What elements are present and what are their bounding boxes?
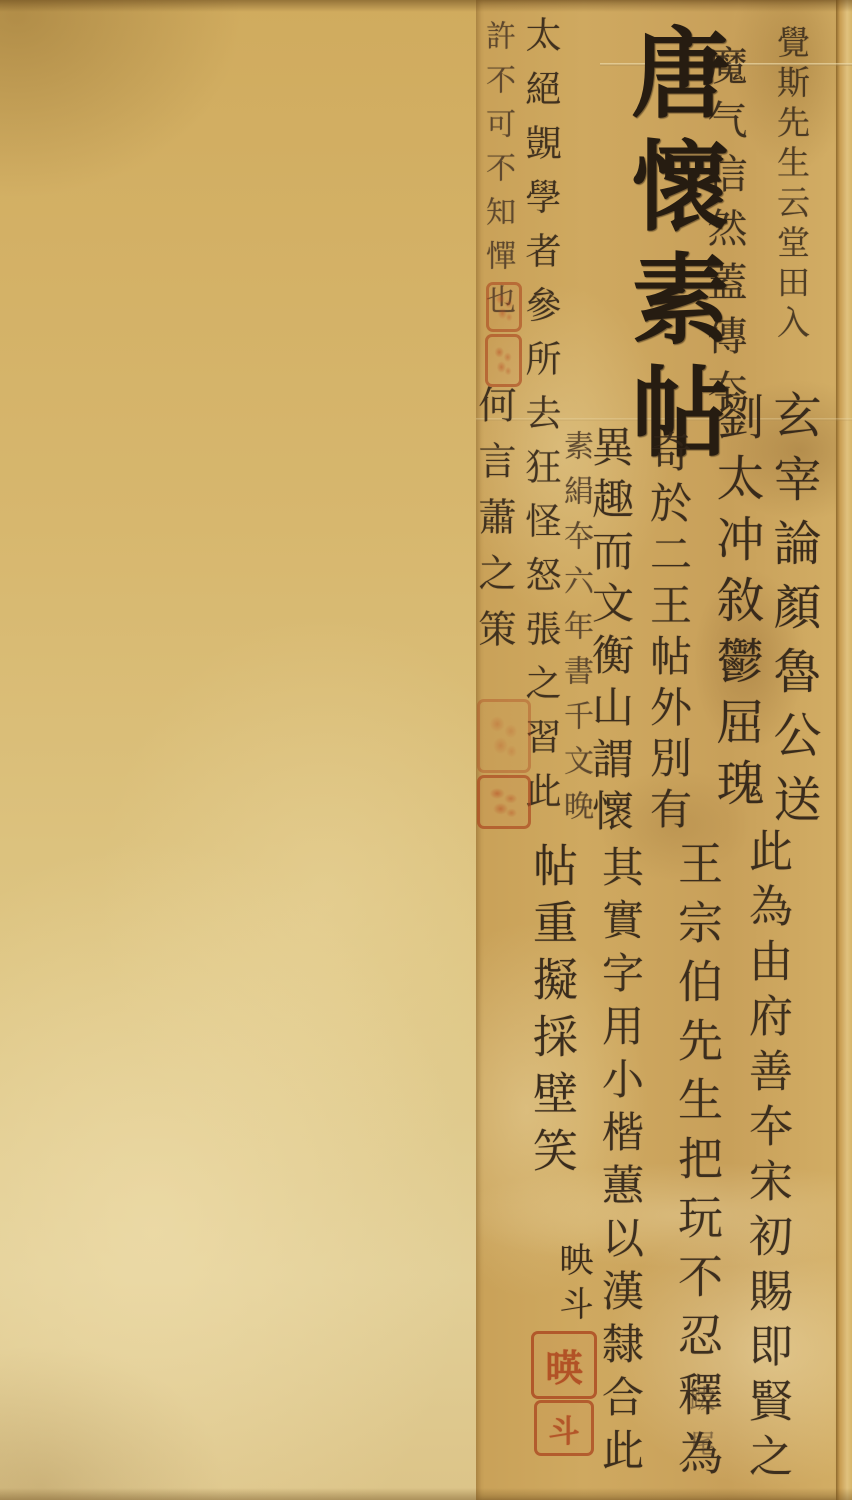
seal-small-lower: [485, 334, 522, 387]
seal-dou-glyph: 斗: [549, 1406, 580, 1451]
column-jueshi: 覺斯先生云堂田入: [775, 25, 808, 345]
seal-small-upper: [486, 282, 522, 332]
column-qiyu: 奇於二王帖外別有: [647, 430, 689, 838]
seal-left-marked: [477, 775, 531, 829]
top-edge-shadow: [0, 0, 852, 12]
column-ba-tail: 跋尾: [687, 1385, 713, 1475]
column-liutaichong: 劉太冲敘鬱屈瑰: [712, 392, 760, 819]
seal-left-marked-marks: [487, 785, 521, 820]
column-signature: 映斗: [556, 1242, 590, 1330]
scroll-right-edge: [836, 0, 852, 1500]
calligraphy-scroll: 覺斯先生云堂田入魔气信然蓋傳夲唐懷素帖玄宰論顏魯公送劉太冲敘鬱屈瑰奇於二王帖外別…: [0, 0, 852, 1500]
seal-ying: 暎: [531, 1331, 597, 1399]
column-main-title: 唐懷素帖: [623, 22, 721, 474]
column-sujuan: 素絹夲六年書千文晚: [560, 430, 590, 835]
bottom-edge-shadow: [0, 1488, 852, 1500]
seal-small-lower-marks: [493, 344, 515, 378]
column-yiqu: 異趣而文衡山謂懷: [589, 425, 631, 841]
column-xuanzai: 玄宰論顏魯公送: [769, 390, 817, 838]
seal-left-faded: [477, 699, 531, 773]
column-tiechong: 帖重擬採壁笑: [529, 842, 574, 1184]
seal-ying-glyph: 暎: [546, 1338, 583, 1392]
column-qishi: 其實字用小楷蕙以漢隸合此: [599, 845, 641, 1481]
column-heyan: 何言蕭之策: [475, 385, 513, 665]
seal-small-upper-marks: [494, 291, 515, 323]
column-ciwei: 此為由府善夲宋初賜即賢之: [744, 828, 788, 1488]
seal-left-faded-marks: [487, 712, 521, 761]
seal-dou: 斗: [534, 1400, 594, 1456]
